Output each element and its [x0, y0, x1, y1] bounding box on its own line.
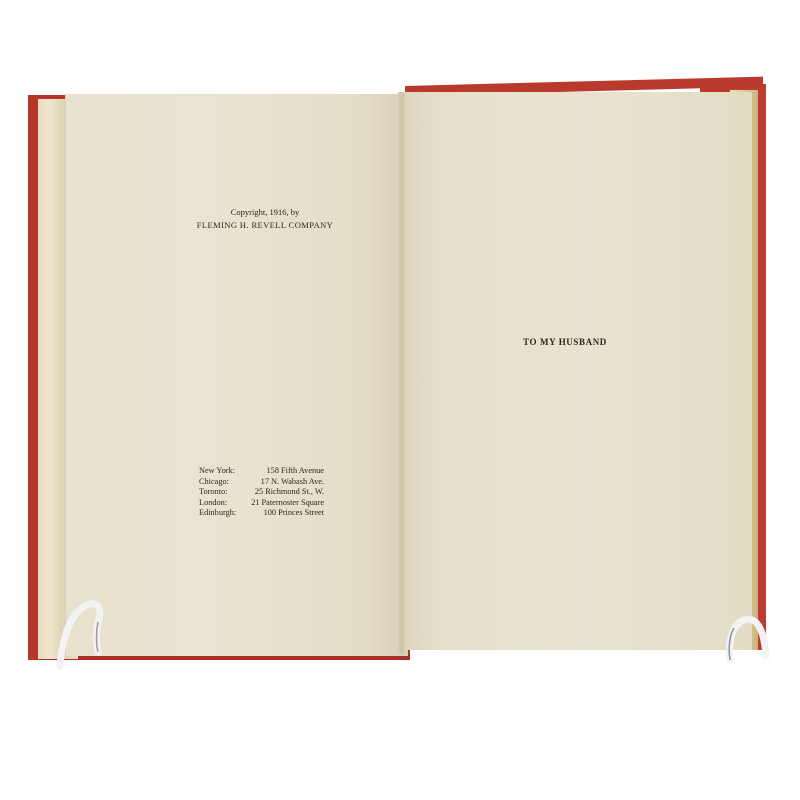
- book-gutter: [398, 92, 406, 654]
- address-street: 158 Fifth Avenue: [267, 466, 324, 477]
- address-line: Chicago:17 N. Wabash Ave.: [199, 477, 324, 488]
- publisher-name: FLEMING H. REVELL COMPANY: [190, 220, 340, 230]
- address-city: Edinburgh:: [199, 508, 236, 519]
- left-page: [66, 94, 408, 656]
- dedication-text: TO MY HUSBAND: [505, 337, 625, 347]
- ribbon-bookmark-left: [52, 600, 112, 670]
- address-city: London:: [199, 498, 227, 509]
- address-line: Toronto:25 Richmond St., W.: [199, 487, 324, 498]
- address-street: 21 Paternoster Square: [251, 498, 324, 509]
- publisher-addresses: New York:158 Fifth Avenue Chicago:17 N. …: [199, 466, 324, 519]
- address-street: 100 Princes Street: [264, 508, 324, 519]
- copyright-line: Copyright, 1916, by: [200, 207, 330, 217]
- address-street: 17 N. Wabash Ave.: [261, 477, 324, 488]
- address-city: New York:: [199, 466, 235, 477]
- address-line: London:21 Paternoster Square: [199, 498, 324, 509]
- address-line: Edinburgh:100 Princes Street: [199, 508, 324, 519]
- right-page: [400, 92, 752, 650]
- address-city: Toronto:: [199, 487, 227, 498]
- address-line: New York:158 Fifth Avenue: [199, 466, 324, 477]
- ribbon-bookmark-right: [722, 612, 772, 672]
- address-city: Chicago:: [199, 477, 229, 488]
- address-street: 25 Richmond St., W.: [255, 487, 324, 498]
